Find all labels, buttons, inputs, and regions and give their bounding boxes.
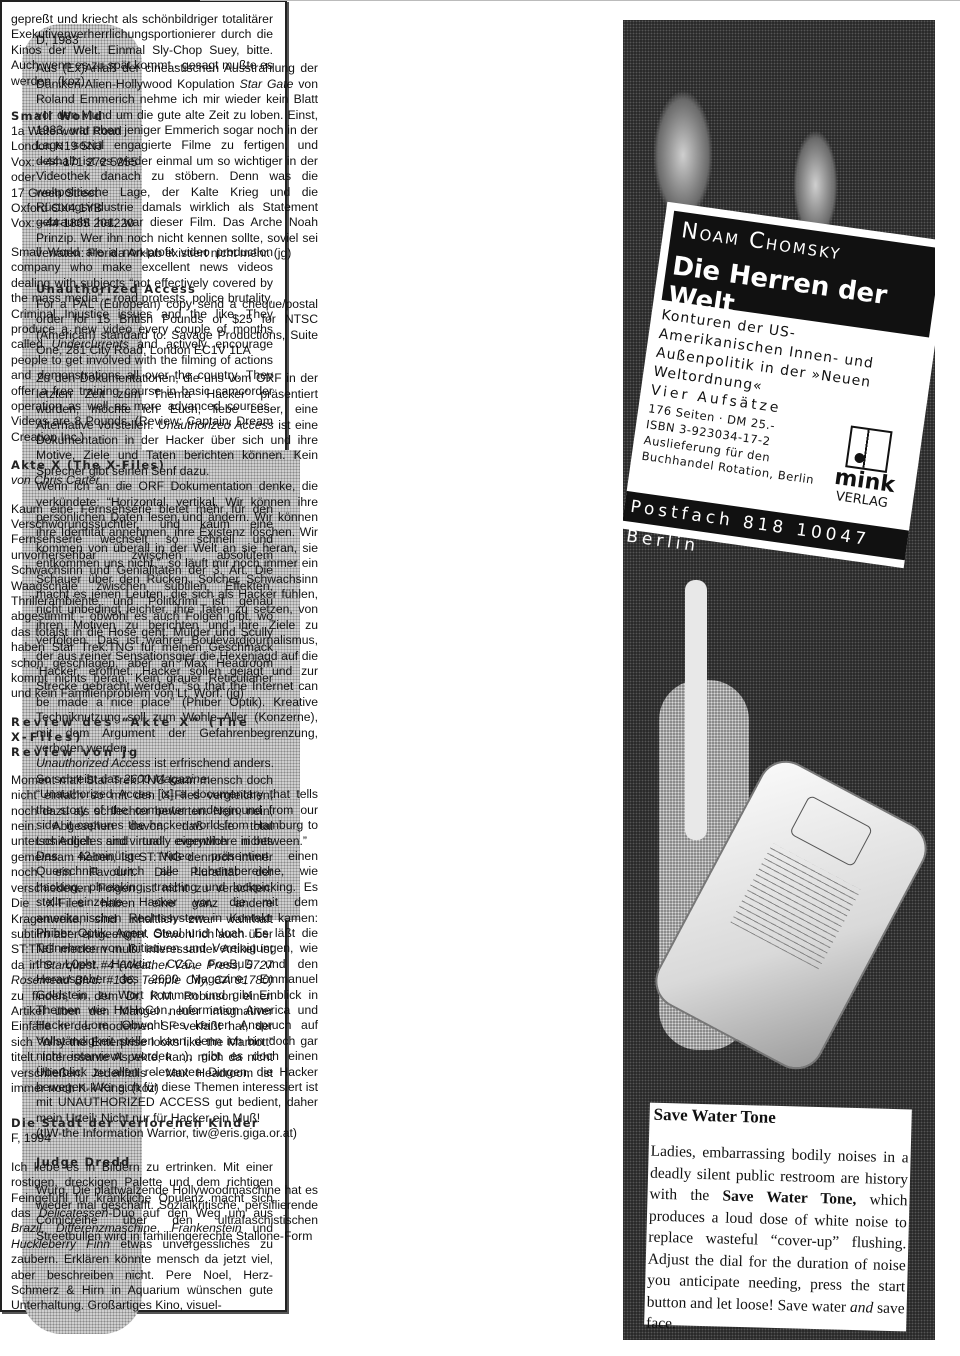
section-heading-small-world: Small World — [11, 109, 273, 124]
page-top-edge — [200, 0, 960, 1]
address-line: oder — [11, 170, 273, 185]
article-paragraph: Ich liebe es in Bildern zu ertrinken. Mi… — [11, 1160, 273, 1314]
address-line: London N19 5NJ — [11, 139, 273, 154]
byline: von Chris Carter — [11, 473, 273, 488]
bottle-image — [653, 90, 713, 220]
logo-mark-icon — [845, 426, 892, 473]
middle-column-box: gepreßt und kriecht als schönbildriger t… — [0, 0, 287, 1312]
stick-image — [685, 580, 707, 840]
section-heading-stadt: Die Stadt der verlorenen Kinder — [11, 1116, 273, 1131]
speaker-grill-icon — [730, 843, 861, 969]
save-water-tone-ad: Save Water Tone Ladies, embarrassing bod… — [644, 1103, 912, 1332]
product-title: Save Water Tone — [653, 1105, 776, 1128]
address-block: 1a Waterworld Road London N19 5NJ Vox: +… — [11, 124, 273, 232]
section-heading-akte-x: Akte X (The X-Files) — [11, 458, 273, 473]
section-heading-review: Review des “Akte X” (The X-Files) — [11, 715, 273, 745]
address-line: 17 Green Street — [11, 186, 273, 201]
article-paragraph: Small World are a non-profit video produ… — [11, 245, 273, 445]
product-description: Ladies, embarrassing bodily noises in a … — [646, 1141, 909, 1340]
article-paragraph: gepreßt und kriecht als schönbildriger t… — [11, 12, 273, 89]
start-button-icon — [789, 795, 873, 868]
article-paragraph: Kaum eine Fernsehserie bietet mehr für d… — [11, 502, 273, 702]
article-paragraph: Moment mal! Star Trek:TNG kann mensch do… — [11, 773, 273, 1097]
film-meta: F, 1994 — [11, 1131, 273, 1146]
background-photo: Noam Chomsky Die Herren der Welt Konture… — [623, 20, 935, 1340]
section-subheading-review: Review von jg — [11, 745, 273, 760]
mink-verlag-logo: mink VERLAG — [830, 424, 902, 521]
address-line: 1a Waterworld Road — [11, 124, 273, 139]
phone-line: Vox: +44-1865 201220 — [11, 216, 273, 231]
address-line: Oxford OX4 1YB — [11, 201, 273, 216]
book-advertisement: Noam Chomsky Die Herren der Welt Konture… — [623, 202, 935, 568]
phone-line: Vox: +44-171 272 5255 — [11, 155, 273, 170]
